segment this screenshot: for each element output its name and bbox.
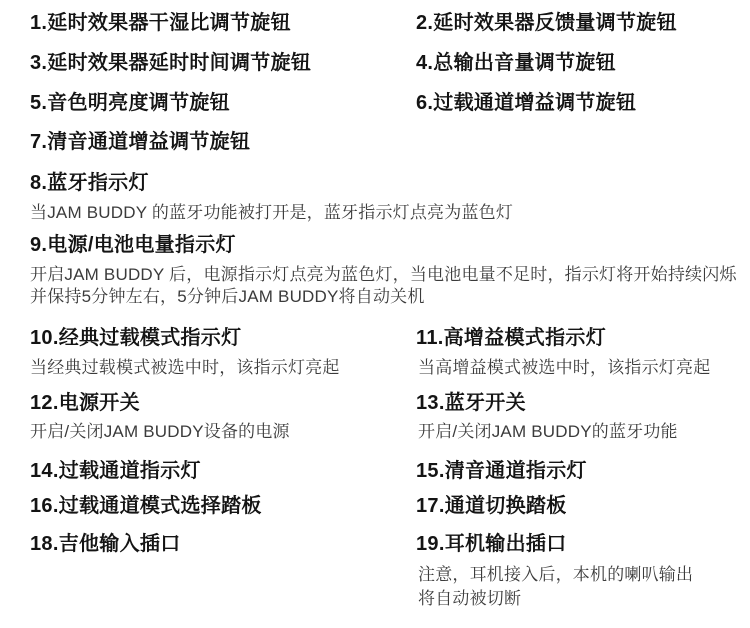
item-title-14: 14.过载通道指示灯 — [30, 459, 201, 483]
item-title-11: 11.高增益模式指示灯 — [416, 326, 606, 350]
item-desc-19: 注意，耳机接入后，本机的喇叭输出 将自动被切断 — [418, 563, 748, 611]
item-title-7: 7.清音通道增益调节旋钮 — [30, 130, 250, 154]
item-title-19: 19.耳机输出插口 — [416, 532, 567, 556]
item-title-4: 4.总输出音量调节旋钮 — [416, 51, 616, 75]
item-title-5: 5.音色明亮度调节旋钮 — [30, 91, 230, 115]
item-desc-13: 开启/关闭JAM BUDDY的蓝牙功能 — [418, 421, 748, 443]
item-title-10: 10.经典过载模式指示灯 — [30, 326, 241, 350]
item-title-3: 3.延时效果器延时时间调节旋钮 — [30, 51, 311, 75]
item-title-6: 6.过载通道增益调节旋钮 — [416, 91, 636, 115]
item-title-1: 1.延时效果器干湿比调节旋钮 — [30, 11, 291, 35]
item-desc-11: 当高增益模式被选中时，该指示灯亮起 — [418, 357, 748, 379]
item-title-8: 8.蓝牙指示灯 — [30, 171, 149, 195]
item-title-13: 13.蓝牙开关 — [416, 391, 526, 415]
item-title-18: 18.吉他输入插口 — [30, 532, 181, 556]
item-title-9: 9.电源/电池电量指示灯 — [30, 233, 236, 257]
item-title-2: 2.延时效果器反馈量调节旋钮 — [416, 11, 677, 35]
item-desc-9: 开启JAM BUDDY 后，电源指示灯点亮为蓝色灯，当电池电量不足时，指示灯将开… — [30, 264, 745, 308]
item-title-15: 15.清音通道指示灯 — [416, 459, 587, 483]
item-desc-8: 当JAM BUDDY 的蓝牙功能被打开是，蓝牙指示灯点亮为蓝色灯 — [30, 202, 730, 224]
item-title-17: 17.通道切换踏板 — [416, 494, 567, 518]
manual-page: 1.延时效果器干湿比调节旋钮 2.延时效果器反馈量调节旋钮 3.延时效果器延时时… — [0, 0, 750, 628]
item-title-12: 12.电源开关 — [30, 391, 140, 415]
item-title-16: 16.过载通道模式选择踏板 — [30, 494, 262, 518]
item-desc-10: 当经典过载模式被选中时，该指示灯亮起 — [30, 357, 400, 379]
item-desc-12: 开启/关闭JAM BUDDY设备的电源 — [30, 421, 400, 443]
